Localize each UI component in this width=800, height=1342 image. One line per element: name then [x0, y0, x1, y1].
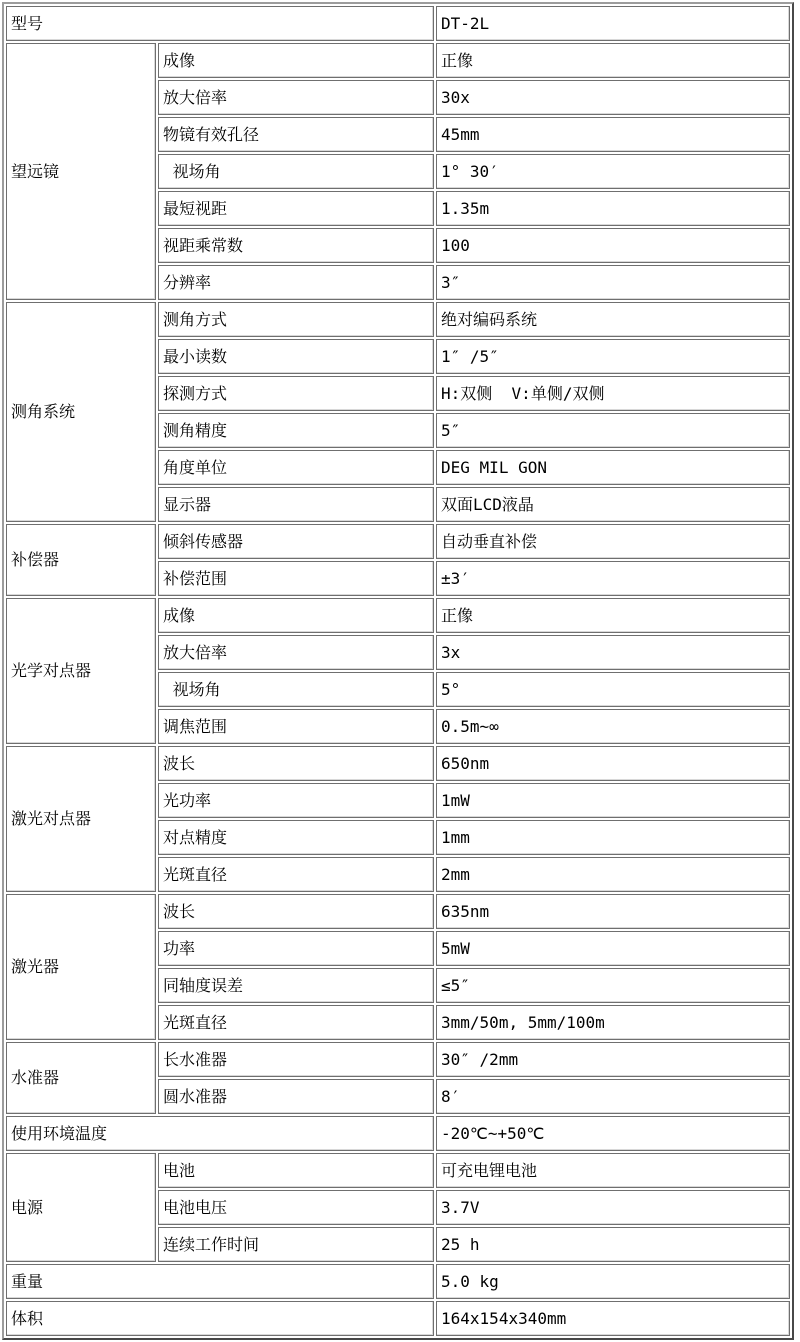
row-volume: 体积 164x154x340mm: [6, 1301, 790, 1336]
row-operating-temperature: 使用环境温度 -20℃~+50℃: [6, 1116, 790, 1151]
spec-label-cell: 型号: [6, 6, 434, 41]
table-row: 测角系统 测角方式 绝对编码系统: [6, 302, 790, 337]
spec-label-cell: 圆水准器: [158, 1079, 434, 1114]
spec-value-cell: 5mW: [436, 931, 790, 966]
spec-label-cell: 连续工作时间: [158, 1227, 434, 1262]
spec-label-cell: 使用环境温度: [6, 1116, 434, 1151]
spec-value-cell: 绝对编码系统: [436, 302, 790, 337]
group-cell-power-supply: 电源: [6, 1153, 156, 1262]
spec-value-cell: 3mm/50m, 5mm/100m: [436, 1005, 790, 1040]
spec-value-cell: 1mW: [436, 783, 790, 818]
spec-value-cell: 25 h: [436, 1227, 790, 1262]
spec-value-cell: 正像: [436, 598, 790, 633]
spec-value-cell: 正像: [436, 43, 790, 78]
spec-value-cell: ±3′: [436, 561, 790, 596]
spec-value-cell: DEG MIL GON: [436, 450, 790, 485]
spec-label-cell: 视场角: [158, 672, 434, 707]
spec-label-cell: 波长: [158, 746, 434, 781]
spec-value-cell: 双面LCD液晶: [436, 487, 790, 522]
table-row: 补偿器 倾斜传感器 自动垂直补偿: [6, 524, 790, 559]
spec-label-cell: 成像: [158, 43, 434, 78]
spec-label-cell: 物镜有效孔径: [158, 117, 434, 152]
spec-label-cell: 功率: [158, 931, 434, 966]
spec-value-cell: 2mm: [436, 857, 790, 892]
spec-value-cell: 5°: [436, 672, 790, 707]
spec-label-cell: 测角精度: [158, 413, 434, 448]
spec-label-cell: 视距乘常数: [158, 228, 434, 263]
spec-value-cell: 可充电锂电池: [436, 1153, 790, 1188]
spec-value-cell: 30x: [436, 80, 790, 115]
spec-label-cell: 放大倍率: [158, 80, 434, 115]
spec-value-cell: 5.0 kg: [436, 1264, 790, 1299]
spec-value-cell: DT-2L: [436, 6, 790, 41]
spec-label-cell: 探测方式: [158, 376, 434, 411]
spec-value-cell: 3″: [436, 265, 790, 300]
group-cell-laser: 激光器: [6, 894, 156, 1040]
spec-label-cell: 体积: [6, 1301, 434, 1336]
table-row: 水准器 长水准器 30″ /2mm: [6, 1042, 790, 1077]
spec-table: 型号 DT-2L 望远镜 成像 正像 放大倍率 30x 物镜有效孔径 45mm …: [2, 2, 794, 1340]
table-row: 光学对点器 成像 正像: [6, 598, 790, 633]
spec-value-cell: 164x154x340mm: [436, 1301, 790, 1336]
spec-label-cell: 分辨率: [158, 265, 434, 300]
spec-label-cell: 波长: [158, 894, 434, 929]
spec-label-cell: 光斑直径: [158, 857, 434, 892]
spec-label-cell: 光功率: [158, 783, 434, 818]
group-cell-compensator: 补偿器: [6, 524, 156, 596]
spec-value-cell: 8′: [436, 1079, 790, 1114]
group-cell-laser-plummet: 激光对点器: [6, 746, 156, 892]
row-weight: 重量 5.0 kg: [6, 1264, 790, 1299]
spec-label-cell: 电池: [158, 1153, 434, 1188]
spec-label-cell: 重量: [6, 1264, 434, 1299]
group-cell-telescope: 望远镜: [6, 43, 156, 300]
spec-value-cell: 30″ /2mm: [436, 1042, 790, 1077]
spec-label-cell: 倾斜传感器: [158, 524, 434, 559]
group-cell-level-vial: 水准器: [6, 1042, 156, 1114]
table-row: 望远镜 成像 正像: [6, 43, 790, 78]
spec-value-cell: 650nm: [436, 746, 790, 781]
spec-value-cell: 45mm: [436, 117, 790, 152]
row-model: 型号 DT-2L: [6, 6, 790, 41]
spec-label-cell: 电池电压: [158, 1190, 434, 1225]
spec-label-cell: 光斑直径: [158, 1005, 434, 1040]
spec-value-cell: H:双侧 V:单侧/双侧: [436, 376, 790, 411]
table-row: 电源 电池 可充电锂电池: [6, 1153, 790, 1188]
group-cell-optical-plummet: 光学对点器: [6, 598, 156, 744]
spec-value-cell: 自动垂直补偿: [436, 524, 790, 559]
spec-value-cell: 635nm: [436, 894, 790, 929]
spec-label-cell: 长水准器: [158, 1042, 434, 1077]
table-row: 激光器 波长 635nm: [6, 894, 790, 929]
spec-value-cell: ≤5″: [436, 968, 790, 1003]
spec-label-cell: 调焦范围: [158, 709, 434, 744]
spec-label-cell: 视场角: [158, 154, 434, 189]
spec-value-cell: 5″: [436, 413, 790, 448]
group-cell-angle-measuring-system: 测角系统: [6, 302, 156, 522]
spec-value-cell: 1.35m: [436, 191, 790, 226]
spec-label-cell: 最小读数: [158, 339, 434, 374]
spec-value-cell: 100: [436, 228, 790, 263]
spec-value-cell: 3x: [436, 635, 790, 670]
spec-value-cell: 1mm: [436, 820, 790, 855]
spec-label-cell: 放大倍率: [158, 635, 434, 670]
spec-label-cell: 成像: [158, 598, 434, 633]
spec-label-cell: 测角方式: [158, 302, 434, 337]
spec-value-cell: -20℃~+50℃: [436, 1116, 790, 1151]
spec-value-cell: 1° 30′: [436, 154, 790, 189]
table-row: 激光对点器 波长 650nm: [6, 746, 790, 781]
spec-label-cell: 角度单位: [158, 450, 434, 485]
spec-value-cell: 1″ /5″: [436, 339, 790, 374]
spec-value-cell: 3.7V: [436, 1190, 790, 1225]
spec-value-cell: 0.5m~∞: [436, 709, 790, 744]
spec-label-cell: 最短视距: [158, 191, 434, 226]
spec-label-cell: 显示器: [158, 487, 434, 522]
spec-label-cell: 同轴度误差: [158, 968, 434, 1003]
spec-label-cell: 补偿范围: [158, 561, 434, 596]
spec-label-cell: 对点精度: [158, 820, 434, 855]
